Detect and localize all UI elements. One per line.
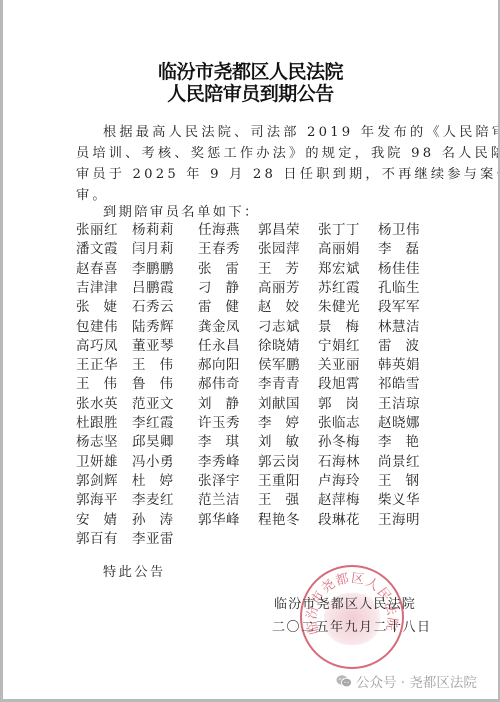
juror-name: 张丽红 <box>76 222 118 238</box>
document-title-line1: 临汾市尧都区人民法院 <box>3 61 498 83</box>
juror-name: 祁皓雪 <box>378 376 420 392</box>
juror-name: 柴义华 <box>378 492 420 508</box>
juror-name: 郑宏斌 <box>318 261 360 277</box>
paragraph-line-2: 员培训、考核、奖惩工作办法》的规定，我院 98 名人民陪 <box>76 146 498 162</box>
juror-name: 范亚文 <box>132 396 174 412</box>
juror-name: 郭海平 <box>76 492 118 508</box>
juror-name: 李秀峰 <box>198 454 240 470</box>
juror-name: 朱健光 <box>318 299 360 315</box>
document-title-line2: 人民陪审员到期公告 <box>3 83 498 105</box>
juror-name: 张泽宇 <box>198 473 240 489</box>
juror-name: 王海明 <box>378 512 420 528</box>
juror-name: 高丽娟 <box>318 241 360 257</box>
court-seal-stamp: 临汾市尧都区人民法院 <box>300 565 404 669</box>
juror-name: 赵姣 <box>258 299 313 315</box>
watermark: 公众号 · 尧都区法院 <box>336 672 477 690</box>
juror-name: 郭昌荣 <box>258 222 300 238</box>
juror-name: 关亚丽 <box>318 357 360 373</box>
juror-name: 段旭霄 <box>318 376 360 392</box>
juror-name: 杜跟胜 <box>76 415 118 431</box>
juror-name: 韩英娟 <box>378 357 420 373</box>
paragraph-line-3: 审员于 2025 年 9 月 28 日任职到期，不再继续参与案件的庭 <box>76 167 498 183</box>
juror-name: 高巧凤 <box>76 338 118 354</box>
juror-name: 雷波 <box>378 338 433 354</box>
juror-name: 王春秀 <box>198 241 240 257</box>
juror-name: 任海燕 <box>198 222 240 238</box>
juror-name: 郝向阳 <box>198 357 240 373</box>
juror-name: 冯小勇 <box>132 454 174 470</box>
juror-name: 许玉秀 <box>198 415 240 431</box>
juror-name: 王正华 <box>76 357 118 373</box>
juror-name: 王钢 <box>378 473 433 489</box>
juror-name: 鲁伟 <box>132 376 187 392</box>
juror-name: 杜婷 <box>132 473 187 489</box>
juror-name: 李婷 <box>258 415 313 431</box>
juror-name: 王伟 <box>76 376 131 392</box>
seal-text-ring: 临汾市尧都区人民法院 <box>302 567 402 667</box>
juror-name: 李青青 <box>258 376 300 392</box>
juror-name: 闫月莉 <box>132 241 174 257</box>
list-intro: 到期陪审员名单如下： <box>103 205 260 221</box>
juror-name: 郝伟奇 <box>198 376 240 392</box>
juror-name: 段琳花 <box>318 512 360 528</box>
juror-name: 孔临生 <box>378 280 420 296</box>
juror-name: 郭华峰 <box>198 512 240 528</box>
signature-court-name: 临汾市尧都区人民法院 <box>274 597 416 613</box>
juror-name: 石秀云 <box>132 299 174 315</box>
juror-name: 刁志斌 <box>258 319 300 335</box>
juror-name: 杨莉莉 <box>132 222 174 238</box>
juror-name: 郭剑辉 <box>76 473 118 489</box>
juror-name: 王强 <box>258 492 313 508</box>
juror-name: 李艳 <box>378 434 433 450</box>
juror-name: 郭岗 <box>318 396 373 412</box>
juror-name: 李红霞 <box>132 415 174 431</box>
juror-name: 景梅 <box>318 319 373 335</box>
juror-name: 郭百有 <box>76 531 118 547</box>
juror-name: 刘静 <box>198 396 253 412</box>
juror-name: 李麦红 <box>132 492 174 508</box>
juror-name: 陆秀辉 <box>132 319 174 335</box>
juror-name: 安婧 <box>76 512 131 528</box>
juror-name: 雷健 <box>198 299 253 315</box>
juror-name: 董亚琴 <box>132 338 174 354</box>
juror-name: 石海林 <box>318 454 360 470</box>
juror-name: 李琪 <box>198 434 253 450</box>
juror-name: 李亚雷 <box>132 531 174 547</box>
juror-name: 刁静 <box>198 280 253 296</box>
juror-name: 段军军 <box>378 299 420 315</box>
juror-name: 杨佳佳 <box>378 261 420 277</box>
juror-name: 张水英 <box>76 396 118 412</box>
juror-name: 邱昊卿 <box>132 434 174 450</box>
juror-name: 高丽芳 <box>258 280 300 296</box>
juror-name: 龚金凤 <box>198 319 240 335</box>
juror-name: 李鹏鹏 <box>132 261 174 277</box>
watermark-text: 公众号 · 尧都区法院 <box>356 671 477 691</box>
juror-name: 张丁丁 <box>318 222 360 238</box>
juror-name: 宁娟红 <box>318 338 360 354</box>
juror-name: 王芳 <box>258 261 313 277</box>
closing-text: 特此公告 <box>103 565 166 581</box>
paragraph-line-4: 审。 <box>76 188 109 204</box>
wechat-icon <box>336 674 352 688</box>
juror-name: 赵萍梅 <box>318 492 360 508</box>
juror-name: 孙涛 <box>132 512 187 528</box>
signature-date: 二〇二五年九月二十八日 <box>272 620 432 636</box>
juror-name: 赵春喜 <box>76 261 118 277</box>
juror-name: 赵晓娜 <box>378 415 420 431</box>
juror-name: 尚景红 <box>378 454 420 470</box>
juror-name: 侯军鹏 <box>258 357 300 373</box>
juror-name: 张雷 <box>198 261 253 277</box>
document-page: 临汾市尧都区人民法院 人民陪审员到期公告 根据最高人民法院、司法部 2019 年… <box>3 0 498 699</box>
juror-name: 刘敏 <box>258 434 313 450</box>
juror-name: 杨卫伟 <box>378 222 420 238</box>
juror-name: 杨志坚 <box>76 434 118 450</box>
juror-name: 林慧洁 <box>378 319 420 335</box>
juror-name: 徐晓婧 <box>258 338 300 354</box>
juror-name: 刘献国 <box>258 396 300 412</box>
juror-name: 吉津津 <box>76 280 118 296</box>
juror-name: 郭云岗 <box>258 454 300 470</box>
juror-name: 王伟 <box>132 357 187 373</box>
juror-name: 张婕 <box>76 299 131 315</box>
juror-name: 张临志 <box>318 415 360 431</box>
juror-name: 卢海玲 <box>318 473 360 489</box>
juror-name: 王重阳 <box>258 473 300 489</box>
juror-name: 任永昌 <box>198 338 240 354</box>
juror-name: 吕鹏霞 <box>132 280 174 296</box>
juror-name: 范兰洁 <box>198 492 240 508</box>
juror-name: 王洁琼 <box>378 396 420 412</box>
paragraph-line-1: 根据最高人民法院、司法部 2019 年发布的《人民陪审 <box>103 125 498 141</box>
juror-name: 卫妍雄 <box>76 454 118 470</box>
juror-name: 潘文霞 <box>76 241 118 257</box>
juror-name: 李磊 <box>378 241 433 257</box>
juror-name: 张园萍 <box>258 241 300 257</box>
juror-name: 包建伟 <box>76 319 118 335</box>
juror-name: 苏红霞 <box>318 280 360 296</box>
juror-name: 孙冬梅 <box>318 434 360 450</box>
juror-name: 程艳冬 <box>258 512 300 528</box>
